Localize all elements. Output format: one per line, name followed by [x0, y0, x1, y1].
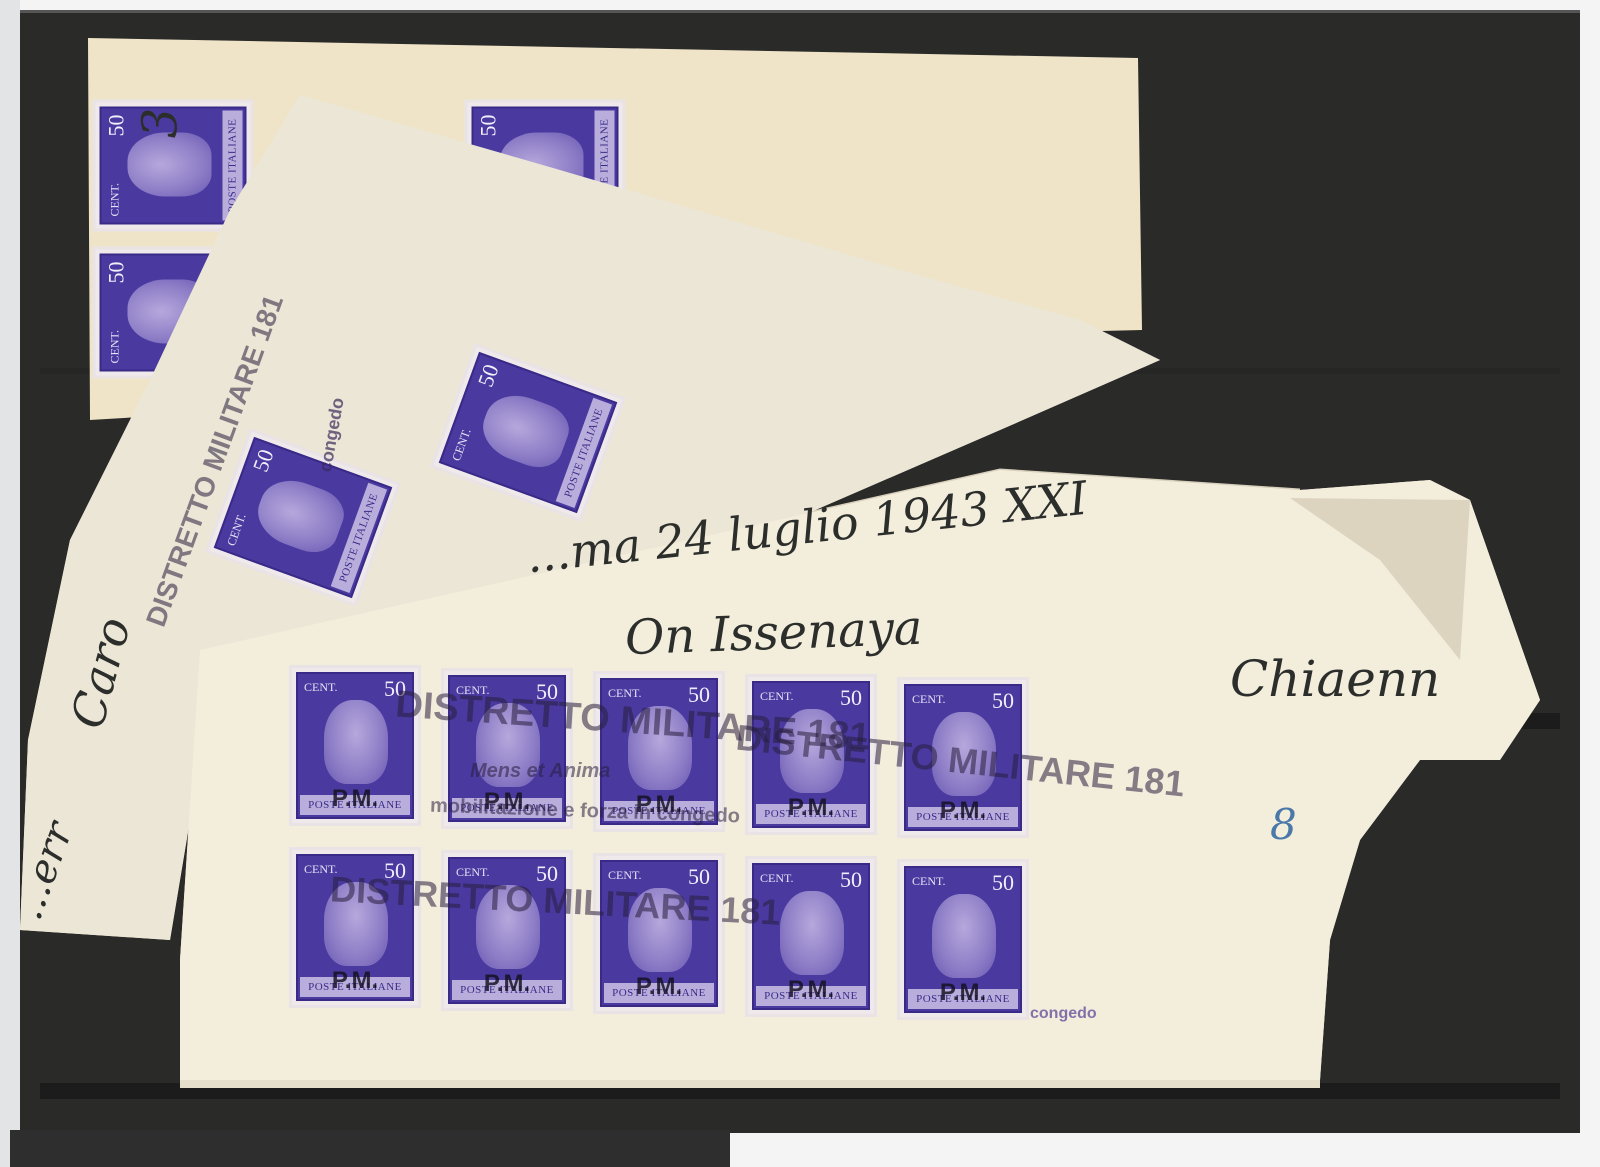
overprint-text: P.M.	[450, 970, 564, 998]
overprint-text: P.M.	[298, 967, 412, 995]
overprint-text: P.M.	[754, 976, 868, 1004]
cancel-motto: Mens et Anima	[470, 760, 610, 783]
handwritten-signature: Chiaenn	[1230, 650, 1440, 708]
handwritten-top-mark: 3	[132, 108, 188, 139]
blue-pencil-mark: 8	[1270, 800, 1297, 849]
cancel-tail: congedo	[1030, 1005, 1097, 1023]
overprint-text: P.M.	[602, 973, 716, 1001]
stamp: CENT.50POSTE ITALIANE	[96, 250, 251, 376]
stamp-pm-overprint: CENT.50POSTE ITALIANEP.M.	[900, 862, 1026, 1017]
overprint-text: P.M.	[906, 979, 1020, 1007]
overprint-text: P.M.	[906, 797, 1020, 825]
stamp-pm-overprint: CENT.50POSTE ITALIANEP.M.	[748, 859, 874, 1014]
overprint-text: P.M.	[754, 794, 868, 822]
overprint-text: P.M.	[298, 785, 412, 813]
handwritten-line-2: On Issenaya	[624, 600, 923, 666]
stamp-pm-overprint: CENT.50POSTE ITALIANEP.M.	[596, 856, 722, 1011]
stamp: CENT.50POSTE ITALIANE	[468, 103, 623, 229]
